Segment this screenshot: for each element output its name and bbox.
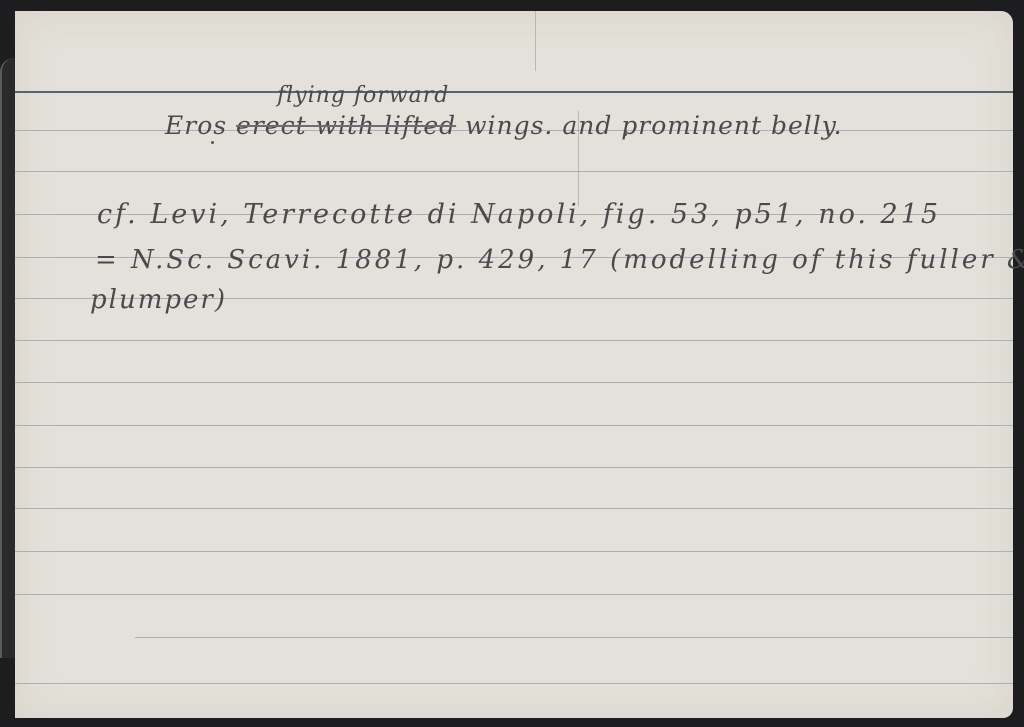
reference-line-3: plumper): [90, 285, 227, 315]
scanner-edge-shadow: [0, 58, 16, 658]
rule-line: [135, 637, 1013, 638]
title-part: Eros: [165, 111, 236, 140]
rule-line: [15, 594, 1013, 595]
rule-line: [15, 508, 1013, 509]
rule-line: [15, 340, 1013, 341]
title-line: Eros erect with lifted wings. and promin…: [165, 111, 843, 140]
title-struck-text: erect with lifted: [236, 111, 456, 140]
index-card: flying forward Eros erect with lifted wi…: [15, 11, 1013, 718]
rule-line: [15, 382, 1013, 383]
pencil-speck: [211, 141, 214, 144]
rule-line: [15, 467, 1013, 468]
reference-line-1: cf. Levi, Terrecotte di Napoli, fig. 53,…: [97, 199, 941, 230]
rule-line: [15, 551, 1013, 552]
title-part: wings. and prominent belly.: [456, 111, 842, 140]
rule-line: [15, 425, 1013, 426]
scanned-index-card-image: flying forward Eros erect with lifted wi…: [0, 0, 1024, 727]
reference-line-2: = N.Sc. Scavi. 1881, p. 429, 17 (modelli…: [95, 245, 1024, 275]
rule-line: [15, 683, 1013, 684]
paper-crease: [535, 11, 536, 71]
header-rule: [15, 91, 1013, 93]
rule-line: [15, 171, 1013, 172]
title-insertion-text: flying forward: [277, 83, 449, 108]
